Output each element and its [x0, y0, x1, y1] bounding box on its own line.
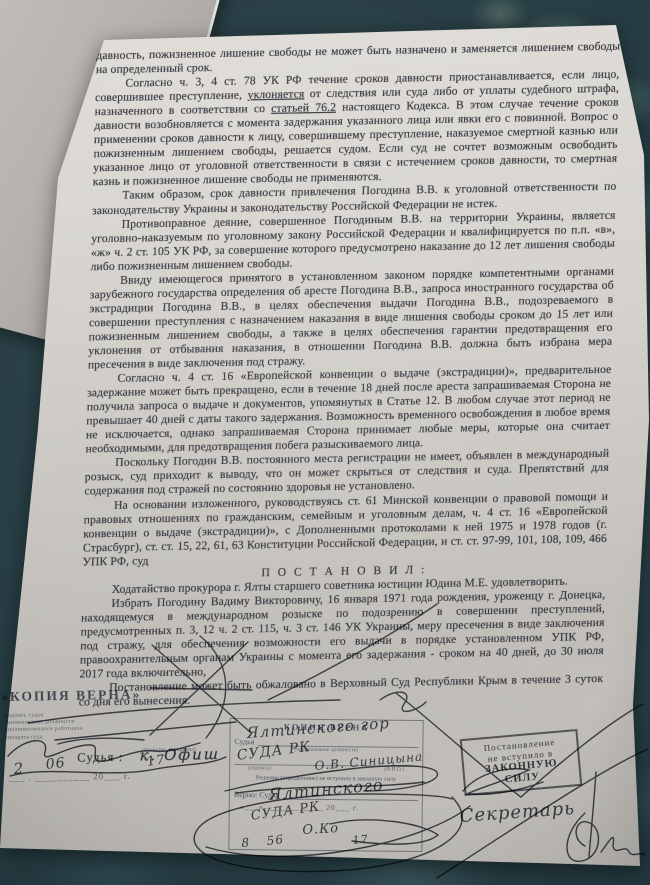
- paragraph: Противоправное деяние, совершенное Погод…: [90, 208, 615, 274]
- stamp-title: «КОПИЯ ВЕРНА»: [1, 685, 231, 705]
- not-in-force-stamp: Постановление не вступило в ЗАКОННУЮ СИЛ…: [460, 729, 583, 796]
- paragraph: Избрать Погодину Вадиму Викторовичу, 16 …: [79, 588, 605, 682]
- stamp-label: Верно: Судья: [234, 790, 280, 799]
- underlined-term: уклоняется: [247, 87, 304, 101]
- stamp-date-line: ___ . __________ 20___ г.: [9, 771, 131, 783]
- stamp-label: (Ф.И.О.): [384, 767, 404, 775]
- stamp-label: (подпись): [248, 765, 271, 773]
- stamp-small-lines: подпись судьи наименование должности упо…: [4, 712, 82, 742]
- underlined-term: статьей 76.2: [271, 101, 336, 115]
- paragraph: Согласно ч. 3, 4 ст. 78 УК РФ течение ср…: [93, 68, 620, 190]
- paragraph: Ввиду имеющегося принятого в установленн…: [88, 264, 615, 372]
- stamp-line: Верно: Судья: [234, 784, 418, 801]
- stamp-label: Судья: [234, 737, 254, 746]
- document-text-block: давность, пожизненное лишение свободы не…: [77, 40, 620, 765]
- paragraph: На основании изложенного, руководствуясь…: [82, 489, 608, 569]
- copy-certified-stamp-left: «КОПИЯ ВЕРНА» подпись судьи наименование…: [1, 685, 233, 801]
- stamp-date-line: «___» ____________ 20___ г.: [234, 802, 418, 813]
- stamp-line: (фамилия, инициалы): [142, 747, 196, 754]
- document-photo: давность, пожизненное лишение свободы не…: [0, 0, 650, 885]
- copy-certified-stamp-box: КОПИЯ ВЕРНА Судья (наименование должност…: [228, 718, 423, 852]
- stamp-line: уполномоченного работника: [5, 726, 83, 735]
- paragraph: Согласно ч. 4 ст. 16 «Европейской конвен…: [85, 363, 611, 457]
- blank-line: [282, 791, 418, 801]
- stamp-line: аппарата суда: [5, 733, 83, 742]
